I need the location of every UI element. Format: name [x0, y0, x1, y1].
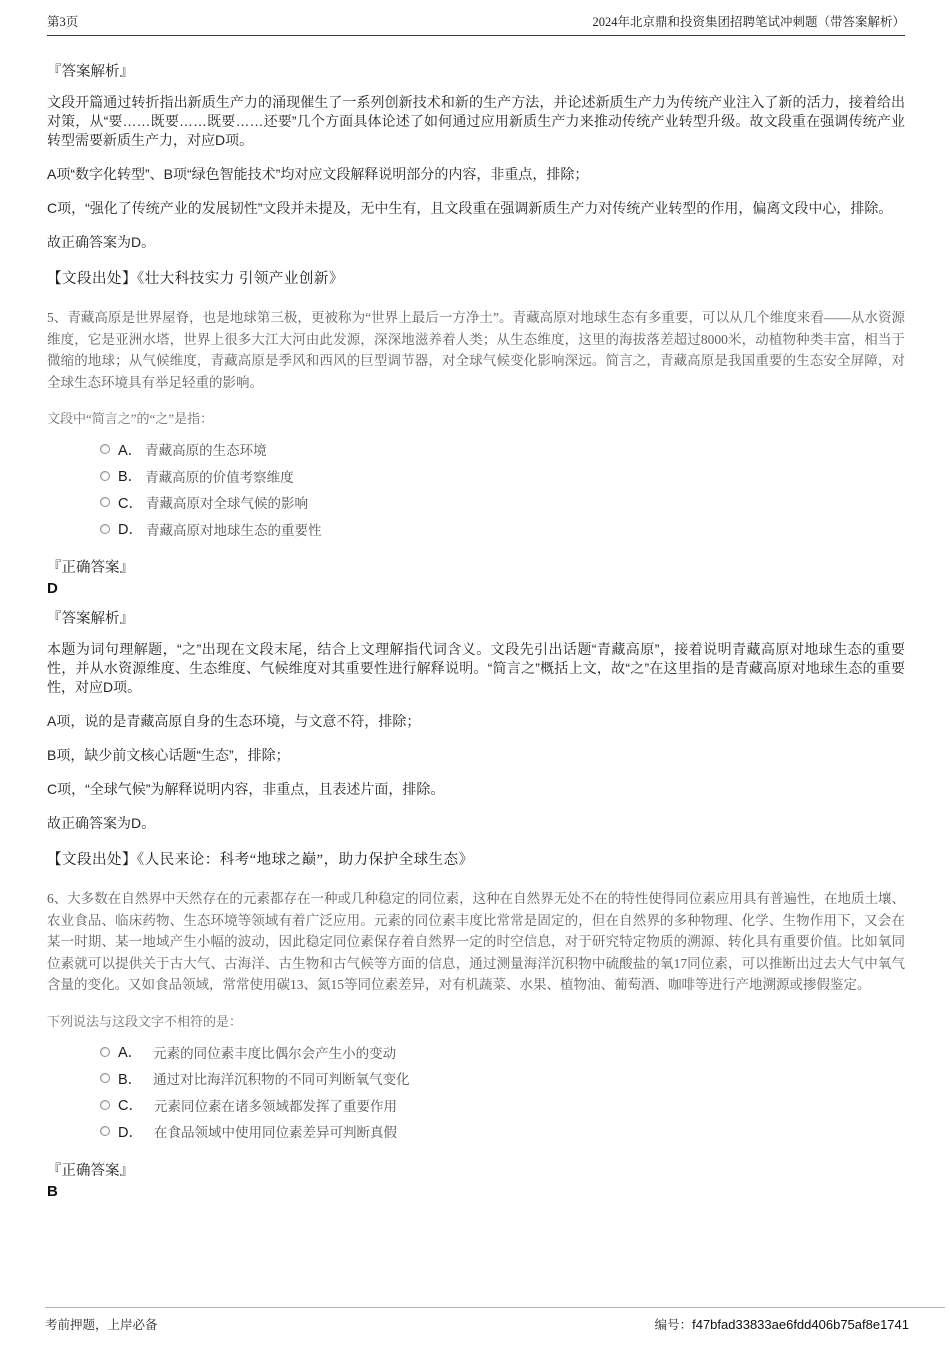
question-5-prompt: 文段中“简言之”的“之”是指：: [47, 408, 905, 427]
footer-slogan: 考前押题，上岸必备: [45, 1315, 158, 1333]
page-number: 第3页: [47, 12, 78, 30]
option-row: B． 通过对比海洋沉积物的不同可判断氧气变化: [100, 1065, 905, 1092]
document-body: 『答案解析』 文段开篇通过转折指出新质生产力的涌现催生了一系列创新技术和新的生产…: [47, 52, 905, 1200]
page-footer: 考前押题，上岸必备 编号：f47bfad33833ae6fdd406b75af8…: [45, 1307, 945, 1333]
radio-button[interactable]: [100, 1126, 110, 1136]
option-row: A． 青藏高原的生态环境: [100, 436, 905, 463]
option-row: C． 青藏高原对全球气候的影响: [100, 489, 905, 516]
option-letter: C．: [118, 1094, 143, 1115]
option-row: A． 元素的同位素丰度比偶尔会产生小的变动: [100, 1039, 905, 1066]
question-5-options: A． 青藏高原的生态环境 B． 青藏高原的价值考察维度 C． 青藏高原对全球气候…: [100, 436, 905, 542]
option-text: 青藏高原对全球气候的影响: [146, 492, 308, 512]
serial-label: 编号：: [655, 1318, 693, 1332]
analysis-paragraph: C项，“强化了传统产业的发展韧性”文段并未提及，无中生有，且文段重在强调新质生产…: [47, 199, 905, 218]
option-letter: D．: [118, 518, 143, 539]
option-row: D． 青藏高原对地球生态的重要性: [100, 516, 905, 543]
radio-button[interactable]: [100, 1100, 110, 1110]
analysis-conclusion: 故正确答案为D。: [47, 814, 905, 833]
correct-answer-header: 『正确答案』: [47, 556, 905, 577]
analysis-paragraph: A项，说的是青藏高原自身的生态环境，与文意不符，排除；: [47, 712, 905, 731]
analysis-paragraph: 文段开篇通过转折指出新质生产力的涌现催生了一系列创新技术和新的生产方法，并论述新…: [47, 93, 905, 150]
radio-button[interactable]: [100, 1047, 110, 1057]
option-text: 元素同位素在诸多领域都发挥了重要作用: [154, 1095, 397, 1115]
radio-button[interactable]: [100, 444, 110, 454]
option-row: B． 青藏高原的价值考察维度: [100, 463, 905, 490]
passage-source: 【文段出处】《人民来论：科考“地球之巅”，助力保护全球生态》: [47, 848, 905, 869]
option-letter: C．: [118, 492, 143, 513]
option-letter: B．: [118, 465, 142, 486]
radio-button[interactable]: [100, 471, 110, 481]
option-row: C． 元素同位素在诸多领域都发挥了重要作用: [100, 1092, 905, 1119]
option-text: 元素的同位素丰度比偶尔会产生小的变动: [153, 1042, 396, 1062]
radio-button[interactable]: [100, 1073, 110, 1083]
analysis-paragraph: C项，“全球气候”为解释说明内容，非重点，且表述片面，排除。: [47, 780, 905, 799]
radio-button[interactable]: [100, 497, 110, 507]
question-6-stem: 6、大多数在自然界中天然存在的元素都存在一种或几种稳定的同位素，这种在自然界无处…: [47, 888, 905, 996]
option-text: 通过对比海洋沉积物的不同可判断氧气变化: [153, 1068, 410, 1088]
option-text: 在食品领域中使用同位素差异可判断真假: [154, 1121, 397, 1141]
option-letter: D．: [118, 1121, 143, 1142]
document-title: 2024年北京鼎和投资集团招聘笔试冲刺题（带答案解析）: [592, 12, 905, 30]
option-letter: A．: [118, 439, 142, 460]
serial-value: f47bfad33833ae6fdd406b75af8e1741: [692, 1317, 909, 1332]
option-letter: A．: [118, 1041, 142, 1062]
analysis-paragraph: A项“数字化转型”、B项“绿色智能技术”均对应文段解释说明部分的内容，非重点，排…: [47, 165, 905, 184]
analysis-paragraph: B项，缺少前文核心话题“生态”，排除；: [47, 746, 905, 765]
question-6-prompt: 下列说法与这段文字不相符的是：: [47, 1011, 905, 1030]
question-6-options: A． 元素的同位素丰度比偶尔会产生小的变动 B． 通过对比海洋沉积物的不同可判断…: [100, 1039, 905, 1145]
question-5-stem: 5、青藏高原是世界屋脊，也是地球第三极，更被称为“世界上最后一方净土”。青藏高原…: [47, 307, 905, 393]
footer-serial: 编号：f47bfad33833ae6fdd406b75af8e1741: [655, 1315, 945, 1333]
radio-button[interactable]: [100, 524, 110, 534]
correct-answer-value: D: [47, 580, 905, 597]
option-text: 青藏高原对地球生态的重要性: [146, 519, 322, 539]
correct-answer-header: 『正确答案』: [47, 1159, 905, 1180]
analysis-header: 『答案解析』: [47, 607, 905, 628]
page-header: 第3页 2024年北京鼎和投资集团招聘笔试冲刺题（带答案解析）: [47, 12, 905, 36]
option-letter: B．: [118, 1068, 142, 1089]
analysis-conclusion: 故正确答案为D。: [47, 233, 905, 252]
passage-source: 【文段出处】《壮大科技实力 引领产业创新》: [47, 267, 905, 288]
analysis-paragraph: 本题为词句理解题，“之”出现在文段末尾，结合上文理解指代词含义。文段先引出话题“…: [47, 640, 905, 697]
correct-answer-value: B: [47, 1183, 905, 1200]
option-text: 青藏高原的生态环境: [145, 439, 267, 459]
analysis-header: 『答案解析』: [47, 60, 905, 81]
option-text: 青藏高原的价值考察维度: [145, 466, 294, 486]
option-row: D． 在食品领域中使用同位素差异可判断真假: [100, 1118, 905, 1145]
